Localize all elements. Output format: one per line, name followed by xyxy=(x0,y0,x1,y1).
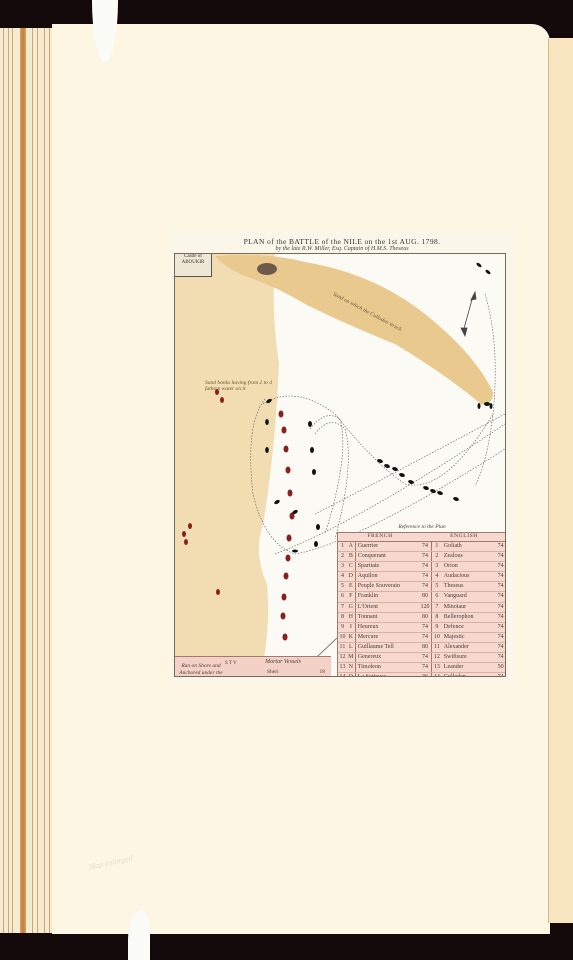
reference-cell: 5 xyxy=(432,582,442,591)
mortar-row: Sheri18 xyxy=(237,669,329,676)
reference-cell: Minotaur xyxy=(442,603,495,612)
reference-cell: 74 xyxy=(419,542,432,551)
reference-cell: M xyxy=(347,653,356,662)
reference-cell: C xyxy=(347,562,356,571)
reference-cell: I xyxy=(347,623,356,632)
reference-cell: 3 xyxy=(338,562,347,571)
reference-cell: 74 xyxy=(495,603,506,612)
reference-table: Reference to the Plan FRENCH ENGLISH 1AG… xyxy=(337,532,506,677)
reference-cell: 74 xyxy=(495,552,506,561)
right-page-edge xyxy=(548,38,573,923)
map-title: PLAN of the BATTLE of the NILE on the 1s… xyxy=(170,237,514,246)
reference-cell: Timoleon xyxy=(356,663,419,672)
reference-cell: 50 xyxy=(495,663,506,672)
reference-cell: 74 xyxy=(419,653,432,662)
reference-cell: 10 xyxy=(432,633,442,642)
run-on-shore-note: Run on Shore and Anchored under the Cast… xyxy=(177,663,225,677)
reference-cell: 1 xyxy=(338,542,347,551)
reference-cell: 12 xyxy=(338,653,347,662)
reference-row: 4DAquilon744Audacious74 xyxy=(338,572,506,582)
reference-row: 3CSpartiate743Orion74 xyxy=(338,562,506,572)
reference-row: 11LGuillaume Tell8011Alexander74 xyxy=(338,643,506,653)
map-frame: Castle of ABOUKIR Sand banks having from… xyxy=(174,253,506,677)
reference-cell: 74 xyxy=(495,623,506,632)
map-subtitle: by the late R.W. Miller, Esq. Captain of… xyxy=(170,246,514,252)
reference-row: 14OLa Serieuse3614Culloden74 xyxy=(338,673,506,677)
reference-cell: Heureux xyxy=(356,623,419,632)
reference-cell: 80 xyxy=(419,592,432,601)
reference-cell: 4 xyxy=(338,572,347,581)
reference-cell: Mercure xyxy=(356,633,419,642)
castle-aboukir-label: Castle of ABOUKIR xyxy=(175,254,212,277)
reference-cell: Vanguard xyxy=(442,592,495,601)
reference-cell: 74 xyxy=(419,572,432,581)
reference-cell: Spartiate xyxy=(356,562,419,571)
reference-cell: 2 xyxy=(432,552,442,561)
reference-rows: 1AGuerrier741Goliath742BConquerant742Zea… xyxy=(338,542,506,677)
reference-cell: Franklin xyxy=(356,592,419,601)
shoal-label-left: Sand banks having from 2 to 4 fathom wat… xyxy=(205,380,285,392)
reference-cell: 74 xyxy=(495,613,506,622)
reference-cell: 8 xyxy=(338,613,347,622)
reference-cell: 80 xyxy=(419,613,432,622)
reference-cell: 74 xyxy=(495,653,506,662)
reference-cell: 74 xyxy=(495,582,506,591)
reference-row: 5EPeuple Souverain745Theseus74 xyxy=(338,582,506,592)
reference-header: FRENCH ENGLISH xyxy=(338,533,506,542)
reference-cell: 11 xyxy=(338,643,347,652)
reference-cell: 74 xyxy=(419,562,432,571)
reference-cell: 10 xyxy=(338,633,347,642)
page-edges-stack xyxy=(0,28,52,933)
reference-cell: Aquilon xyxy=(356,572,419,581)
reference-cell: Culloden xyxy=(442,673,495,677)
reference-cell: Guillaume Tell xyxy=(356,643,419,652)
reference-cell: 74 xyxy=(419,633,432,642)
reference-cell: Majestic xyxy=(442,633,495,642)
mortar-title: Mortar Vessels xyxy=(237,659,329,665)
reference-cell: 74 xyxy=(495,542,506,551)
reference-cell: 7 xyxy=(432,603,442,612)
reference-cell: 6 xyxy=(338,592,347,601)
reference-cell: D xyxy=(347,572,356,581)
reference-cell: 12 xyxy=(432,653,442,662)
reference-cell: Audacious xyxy=(442,572,495,581)
reference-cell: 74 xyxy=(495,633,506,642)
reference-row: 13NTimoleon7413Leander50 xyxy=(338,663,506,673)
bookmark-tab-bottom xyxy=(128,910,150,960)
reference-cell: K xyxy=(347,633,356,642)
reference-cell: Defence xyxy=(442,623,495,632)
reference-row: 6FFranklin806Vanguard74 xyxy=(338,592,506,602)
reference-cell: Tonnant xyxy=(356,613,419,622)
reference-cell: Theseus xyxy=(442,582,495,591)
reference-cell: Leander xyxy=(442,663,495,672)
reference-cell: L'Orient xyxy=(356,603,419,612)
reference-cell: 5 xyxy=(338,582,347,591)
reference-cell: 74 xyxy=(419,623,432,632)
reference-cell: 74 xyxy=(495,673,506,677)
reference-cell: 9 xyxy=(338,623,347,632)
reference-cell: 120 xyxy=(419,603,432,612)
reference-cell: 8 xyxy=(432,613,442,622)
reference-cell: H xyxy=(347,613,356,622)
reference-cell: 13 xyxy=(338,663,347,672)
reference-row: 9IHeureux749Defence74 xyxy=(338,623,506,633)
reference-cell: 74 xyxy=(495,562,506,571)
reference-cell: 36 xyxy=(419,673,432,677)
reference-cell: Conquerant xyxy=(356,552,419,561)
reference-cell: 2 xyxy=(338,552,347,561)
reference-cell: F xyxy=(347,592,356,601)
north-arrow-icon xyxy=(461,292,476,336)
reference-cell: 80 xyxy=(419,643,432,652)
reference-cell: 74 xyxy=(495,572,506,581)
reference-cell: 6 xyxy=(432,592,442,601)
reference-cell: Genereux xyxy=(356,653,419,662)
reference-cell: 3 xyxy=(432,562,442,571)
reference-row: 1AGuerrier741Goliath74 xyxy=(338,542,506,552)
reference-cell: 14 xyxy=(432,673,442,677)
english-header: ENGLISH xyxy=(422,533,506,541)
reference-caption: Reference to the Plan xyxy=(338,524,506,530)
reference-row: 10KMercure7410Majestic74 xyxy=(338,633,506,643)
reference-cell: 74 xyxy=(495,592,506,601)
reference-cell: N xyxy=(347,663,356,672)
reference-cell: Bellerophon xyxy=(442,613,495,622)
reference-cell: 74 xyxy=(419,582,432,591)
reference-cell: O xyxy=(347,673,356,677)
reference-cell: A xyxy=(347,542,356,551)
mortar-vessels-list: Mortar Vessels Sheri18 Salbotta18 Cerfor… xyxy=(237,659,329,677)
reference-cell: 74 xyxy=(419,663,432,672)
reference-row: 8HTonnant808Bellerophon74 xyxy=(338,613,506,623)
reference-cell: Zealous xyxy=(442,552,495,561)
reference-cell: G xyxy=(347,603,356,612)
battle-map-plate: PLAN of the BATTLE of the NILE on the 1s… xyxy=(170,231,514,683)
reference-cell: Goliath xyxy=(442,542,495,551)
reference-cell: Swiftsure xyxy=(442,653,495,662)
french-header: FRENCH xyxy=(338,533,422,541)
mortar-vessels-box: Run on Shore and Anchored under the Cast… xyxy=(175,656,331,677)
reference-cell: E xyxy=(347,582,356,591)
reference-cell: 4 xyxy=(432,572,442,581)
mortar-symbols: S T V xyxy=(225,661,237,667)
reference-cell: 7 xyxy=(338,603,347,612)
reference-cell: 1 xyxy=(432,542,442,551)
reference-cell: B xyxy=(347,552,356,561)
reference-cell: Alexander xyxy=(442,643,495,652)
reference-cell: 74 xyxy=(495,643,506,652)
reference-cell: Peuple Souverain xyxy=(356,582,419,591)
reference-cell: Guerrier xyxy=(356,542,419,551)
reference-cell: 9 xyxy=(432,623,442,632)
reference-cell: 11 xyxy=(432,643,442,652)
reference-cell: L xyxy=(347,643,356,652)
reference-cell: Orion xyxy=(442,562,495,571)
mortar-row: Salbotta18 xyxy=(237,676,329,677)
reference-cell: La Serieuse xyxy=(356,673,419,677)
reference-cell: 13 xyxy=(432,663,442,672)
reference-cell: 14 xyxy=(338,673,347,677)
reference-row: 7GL'Orient1207Minotaur74 xyxy=(338,603,506,613)
reference-row: 2BConquerant742Zealous74 xyxy=(338,552,506,562)
reference-cell: 74 xyxy=(419,552,432,561)
reference-row: 12MGenereux7412Swiftsure74 xyxy=(338,653,506,663)
